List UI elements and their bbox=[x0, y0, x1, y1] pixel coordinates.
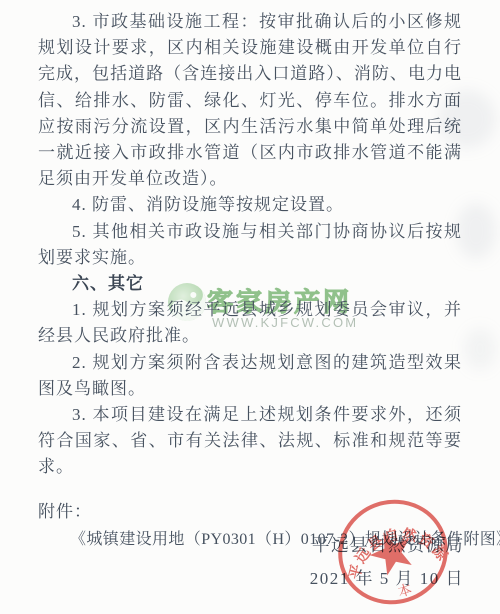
section-heading-other: 六、其它 bbox=[38, 271, 462, 297]
document-body: 3. 市政基础设施工程：按审批确认后的小区修规规划设计要求，区内相关设施建设概由… bbox=[38, 9, 462, 553]
item-plan-review: 1. 规划方案须经平远县城乡规划委员会审议，并经县人民政府批准。 bbox=[38, 297, 462, 349]
paragraph-municipal-infrastructure: 3. 市政基础设施工程：按审批确认后的小区修规规划设计要求，区内相关设施建设概由… bbox=[38, 9, 462, 192]
scan-smudge bbox=[456, 203, 496, 259]
paragraph-other-municipal: 5. 其他相关市政设施与相关部门协商协议后按规划要求实施。 bbox=[38, 219, 462, 271]
item-renderings: 2. 规划方案须附含表达规划意图的建筑造型效果图及鸟瞰图。 bbox=[38, 350, 462, 402]
item-compliance: 3. 本项目建设在满足上述规划条件要求外，还须符合国家、省、市有关法律、法规、标… bbox=[38, 402, 462, 481]
document-page: 客家房产网 WWW.KJFCW.COM 3. 市政基础设施工程：按审批确认后的小… bbox=[0, 0, 500, 614]
paragraph-lightning-fire: 4. 防雷、消防设施等按规定设置。 bbox=[38, 192, 462, 218]
official-seal: 平远县自然资源局 本 bbox=[334, 495, 452, 609]
scan-smudge bbox=[464, 328, 496, 370]
